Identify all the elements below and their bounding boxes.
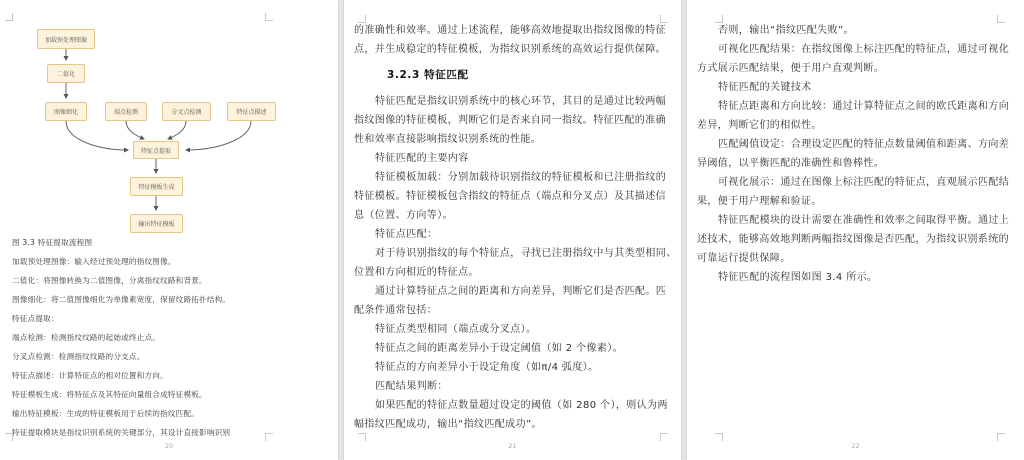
note-line: 端点检测：检测指纹纹路的起始或终止点。 [12,328,330,347]
section-heading: 3.2.3 特征匹配 [354,66,672,85]
body-line: 指纹图像的特征模板，判断它们是否来自同一指纹。特征匹配的准确 [354,111,672,130]
body-line: 特征匹配是指纹识别系统中的核心环节，其目的是通过比较两幅 [354,92,672,111]
margin-mark [997,15,1005,23]
body-line: 异阈值，以平衡匹配的准确性和鲁棒性。 [697,154,1015,173]
body-line: 特征点匹配： [354,225,672,244]
note-line: 分叉点检测：检测指纹纹路的分支点。 [12,347,330,366]
flowchart-node-binarize: 二值化 [47,64,85,83]
flowchart-node-bifurcation: 分叉点检测 [162,102,211,121]
document-viewer: 加载预处理图像 二值化 图像细化 端点检测 分叉点检测 特征点描述 特征点提取 … [0,0,1024,460]
note-line: 特征点描述：计算特征点的相对位置和方向。 [12,366,330,385]
note-line: 特征提取模块是指纹识别系统的关键部分，其设计直接影响识别 [12,423,330,442]
margin-mark [997,433,1005,441]
flowchart-node-thin: 图像细化 [45,102,87,121]
body-line: 特征模板加载：分别加载待识别指纹的特征模板和已注册指纹的 [354,168,672,187]
body-line: 否则，输出“指纹匹配失败”。 [697,21,1015,40]
flowchart-node-output: 输出特征模板 [130,214,183,233]
note-line: 加载预处理图像：输入经过预处理的指纹图像。 [12,252,330,271]
margin-mark [358,15,366,23]
body-line: 特征匹配的关键技术 [697,78,1015,97]
note-line: 二值化：将图像转换为二值图像，分离指纹纹路和背景。 [12,271,330,290]
body-text: 的准确性和效率。通过上述流程，能够高效地提取出指纹图像的特征 点，并生成稳定的特… [354,21,672,434]
page-number: 21 [344,442,681,450]
page-22: 否则，输出“指纹匹配失败”。 可视化匹配结果：在指纹图像上标注匹配的特征点，通过… [687,0,1024,460]
page-number: 20 [0,442,338,450]
flowchart-figure: 加载预处理图像 二值化 图像细化 端点检测 分叉点检测 特征点描述 特征点提取 … [0,0,338,240]
figure-notes: 图 3.3 特征提取流程图 加载预处理图像：输入经过预处理的指纹图像。 二值化：… [12,233,330,442]
flowchart-node-describe: 特征点描述 [227,102,276,121]
body-line: 匹配结果判断： [354,377,672,396]
body-line: 配条件通常包括： [354,301,672,320]
body-line: 可视化匹配结果：在指纹图像上标注匹配的特征点，通过可视化 [697,40,1015,59]
figure-caption: 图 3.3 特征提取流程图 [12,233,330,252]
body-line: 的准确性和效率。通过上述流程，能够高效地提取出指纹图像的特征 [354,21,672,40]
margin-mark [265,13,273,21]
page-21: 的准确性和效率。通过上述流程，能够高效地提取出指纹图像的特征 点，并生成稳定的特… [344,0,681,460]
page-number: 22 [687,442,1024,450]
body-line: 如果匹配的特征点数量超过设定的阈值（如 280 个），则认为两 [354,396,672,415]
body-line: 匹配阈值设定：合理设定匹配的特征点数量阈值和距离、方向差 [697,135,1015,154]
margin-mark [5,13,13,21]
margin-mark [358,433,366,441]
note-line: 输出特征模板：生成的特征模板用于后续的指纹匹配。 [12,404,330,423]
body-line: 特征匹配的主要内容 [354,149,672,168]
margin-mark [660,433,668,441]
body-line: 位置和方向相近的特征点。 [354,263,672,282]
note-line: 特征点提取： [12,309,330,328]
body-line: 性和效率直接影响指纹识别系统的性能。 [354,130,672,149]
body-line: 息（位置、方向等）。 [354,206,672,225]
note-line: 图像细化：将二值图像细化为单像素宽度，保留纹路拓扑结构。 [12,290,330,309]
margin-mark [5,433,13,441]
body-line: 特征模板。特征模板包含指纹的特征点（端点和分叉点）及其描述信 [354,187,672,206]
page-20: 加载预处理图像 二值化 图像细化 端点检测 分叉点检测 特征点描述 特征点提取 … [0,0,338,460]
body-line: 特征点的方向差异小于设定角度（如π/4 弧度）。 [354,358,672,377]
body-line: 果，便于用户理解和验证。 [697,192,1015,211]
body-line: 特征点之间的距离差异小于设定阈值（如 2 个像素）。 [354,339,672,358]
body-line: 对于待识别指纹的每个特征点，寻找已注册指纹中与其类型相同、 [354,244,672,263]
body-line: 点，并生成稳定的特征模板，为指纹识别系统的高效运行提供保障。 [354,40,672,59]
margin-mark [660,15,668,23]
margin-mark [265,433,273,441]
body-line: 可视化展示：通过在图像上标注匹配的特征点，直观展示匹配结 [697,173,1015,192]
body-line: 特征匹配模块的设计需要在准确性和效率之间取得平衡。通过上 [697,211,1015,230]
flowchart-node-template: 特征模板生成 [130,177,183,196]
flowchart-node-endpoint: 端点检测 [105,102,147,121]
body-line: 通过计算特征点之间的距离和方向差异，判断它们是否匹配。匹 [354,282,672,301]
flowchart-node-load: 加载预处理图像 [37,29,95,49]
body-line: 可靠运行提供保障。 [697,249,1015,268]
note-line: 特征模板生成：将特征点及其特征向量组合成特征模板。 [12,385,330,404]
body-text: 否则，输出“指纹匹配失败”。 可视化匹配结果：在指纹图像上标注匹配的特征点，通过… [697,21,1015,287]
body-line: 差异，判断它们的相似性。 [697,116,1015,135]
margin-mark [715,15,723,23]
body-line: 特征匹配的流程图如图 3.4 所示。 [697,268,1015,287]
margin-mark [715,433,723,441]
body-line: 幅指纹匹配成功，输出“指纹匹配成功”。 [354,415,672,434]
body-line: 特征点类型相同（端点或分叉点）。 [354,320,672,339]
body-line: 述技术，能够高效地判断两幅指纹图像是否匹配，为指纹识别系统的 [697,230,1015,249]
body-line: 方式展示匹配结果，便于用户直观判断。 [697,59,1015,78]
flowchart-node-extract: 特征点提取 [133,141,179,159]
body-line: 特征点距离和方向比较：通过计算特征点之间的欧氏距离和方向 [697,97,1015,116]
